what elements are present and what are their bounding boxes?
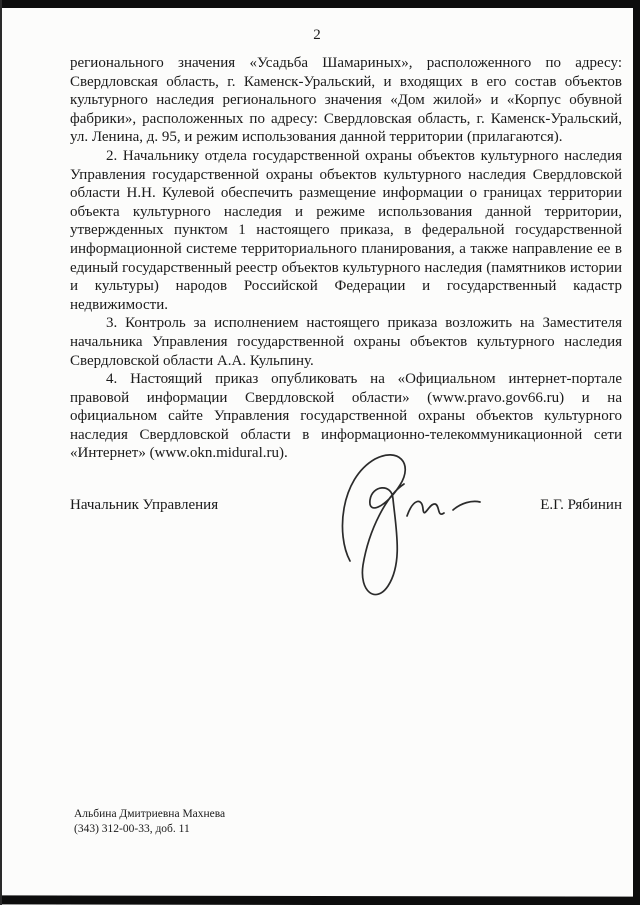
scan-border-left [0,0,2,905]
signature-block: Начальник Управления Е.Г. Рябинин [70,497,622,514]
scanned-document-page: 2 регионального значения «Усадьба Шамари… [0,0,640,905]
scan-border-right [633,0,640,905]
signer-position-title: Начальник Управления [70,497,218,514]
scan-border-top [0,0,640,8]
handwritten-signature-icon [330,443,488,601]
executor-name: Альбина Дмитриевна Махнева [74,807,225,822]
paragraph-continuation: регионального значения «Усадьба Шамарины… [70,54,622,147]
page-number: 2 [0,27,634,44]
paragraph-item-2: 2. Начальнику отдела государственной охр… [70,147,622,314]
paragraph-item-4: 4. Настоящий приказ опубликовать на «Офи… [70,370,622,463]
scan-border-bottom [0,895,640,905]
document-body: регионального значения «Усадьба Шамарины… [70,54,622,463]
executor-footer: Альбина Дмитриевна Махнева (343) 312-00-… [74,807,225,837]
executor-phone: (343) 312-00-33, доб. 11 [74,822,225,837]
signer-name: Е.Г. Рябинин [540,497,622,514]
paragraph-item-3: 3. Контроль за исполнением настоящего пр… [70,314,622,370]
